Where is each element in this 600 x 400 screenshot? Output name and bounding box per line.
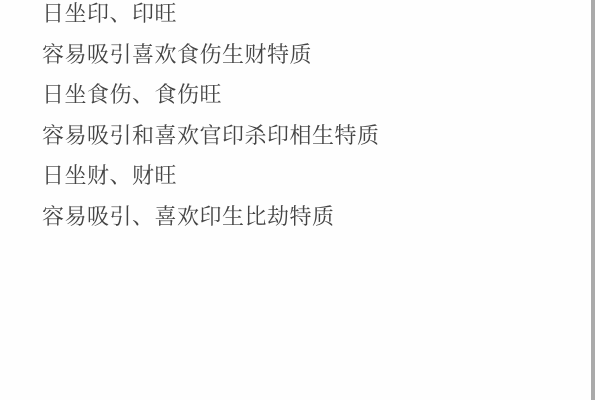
text-line-day-wealth: 日坐财、财旺 [42,157,380,198]
text-line-day-output: 日坐食伤、食伤旺 [42,76,380,117]
text-block: 日坐印、印旺 容易吸引喜欢食伤生财特质 日坐食伤、食伤旺 容易吸引和喜欢官印杀印… [42,0,380,238]
document-page: 日坐印、印旺 容易吸引喜欢食伤生财特质 日坐食伤、食伤旺 容易吸引和喜欢官印杀印… [0,0,600,400]
text-line-day-seal: 日坐印、印旺 [42,0,380,36]
text-line-attract-officer-seal: 容易吸引和喜欢官印杀印相生特质 [42,117,380,158]
text-line-attract-output-wealth: 容易吸引喜欢食伤生财特质 [42,36,380,77]
text-line-attract-seal-peer: 容易吸引、喜欢印生比劫特质 [42,198,380,239]
right-edge-divider [591,0,595,400]
